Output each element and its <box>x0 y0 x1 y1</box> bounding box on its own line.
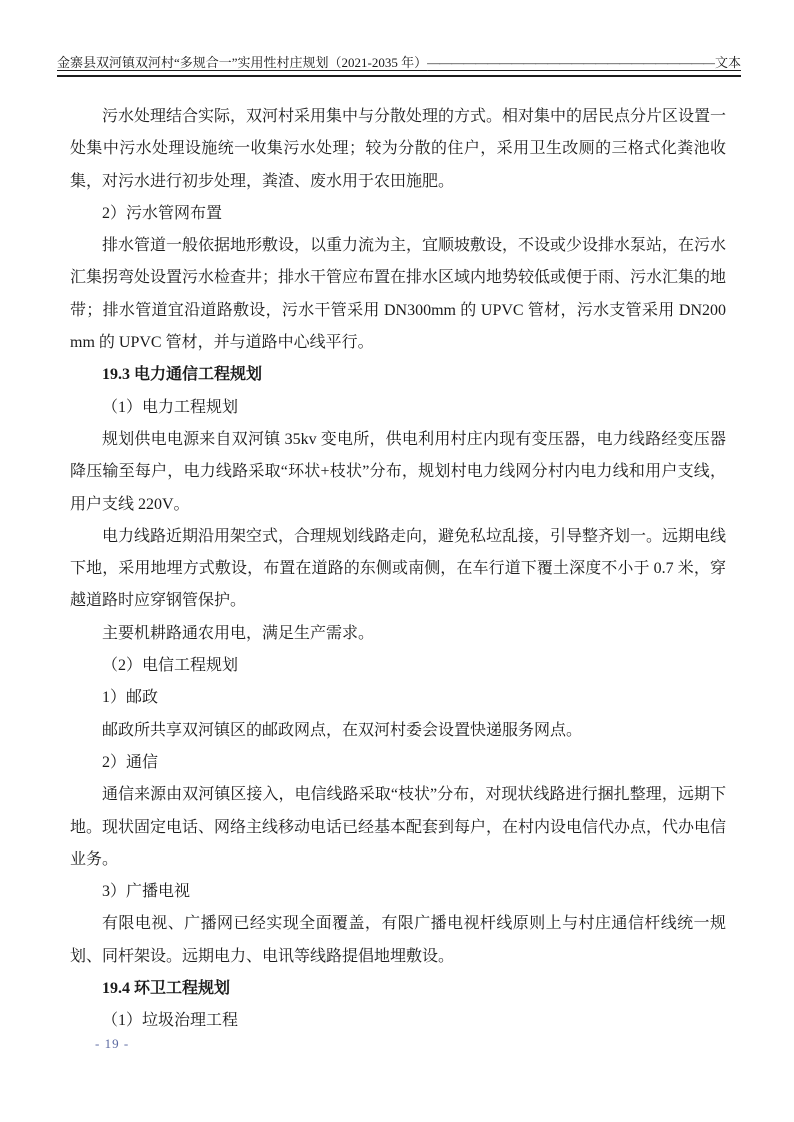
sub-heading: （1）电力工程规划 <box>70 392 726 424</box>
header-dash-leader: —————————————————————————— <box>427 54 715 71</box>
sub-heading: （2）电信工程规划 <box>70 650 726 682</box>
sub-heading: 1）邮政 <box>70 682 726 714</box>
paragraph: 电力线路近期沿用架空式，合理规划线路走向，避免私垃乱接，引导整齐划一。远期电线下… <box>70 521 726 618</box>
paragraph: 邮政所共享双河镇区的邮政网点，在双河村委会设置快递服务网点。 <box>70 715 726 747</box>
section-heading: 19.4 环卫工程规划 <box>70 973 726 1005</box>
paragraph: 主要机耕路通农用电，满足生产需求。 <box>70 618 726 650</box>
paragraph: 有限电视、广播网已经实现全面覆盖，有限广播电视杆线原则上与村庄通信杆线统一规划、… <box>70 908 726 973</box>
page-number: - 19 - <box>95 1036 129 1052</box>
page-header: 金寨县双河镇双河村“多规合一”实用性村庄规划（2021-2035 年） ————… <box>57 54 741 77</box>
paragraph: 通信来源由双河镇区接入，电信线路采取“枝状”分布，对现状线路进行捆扎整理，远期下… <box>70 779 726 876</box>
paragraph: 污水处理结合实际，双河村采用集中与分散处理的方式。相对集中的居民点分片区设置一处… <box>70 101 726 198</box>
document-page: 金寨县双河镇双河村“多规合一”实用性村庄规划（2021-2035 年） ————… <box>0 0 794 1122</box>
paragraph: 排水管道一般依据地形敷设，以重力流为主，宜顺坡敷设，不设或少设排水泵站，在污水汇… <box>70 230 726 359</box>
sub-heading: 2）污水管网布置 <box>70 198 726 230</box>
sub-heading: 2）通信 <box>70 747 726 779</box>
document-body: 污水处理结合实际，双河村采用集中与分散处理的方式。相对集中的居民点分片区设置一处… <box>70 101 726 1038</box>
section-heading: 19.3 电力通信工程规划 <box>70 359 726 391</box>
header-doc-type: 文本 <box>715 54 741 71</box>
paragraph: 规划供电电源来自双河镇 35kv 变电所，供电利用村庄内现有变压器，电力线路经变… <box>70 424 726 521</box>
sub-heading: 3）广播电视 <box>70 876 726 908</box>
sub-heading: （1）垃圾治理工程 <box>70 1005 726 1037</box>
header-title: 金寨县双河镇双河村“多规合一”实用性村庄规划（2021-2035 年） <box>57 54 427 71</box>
